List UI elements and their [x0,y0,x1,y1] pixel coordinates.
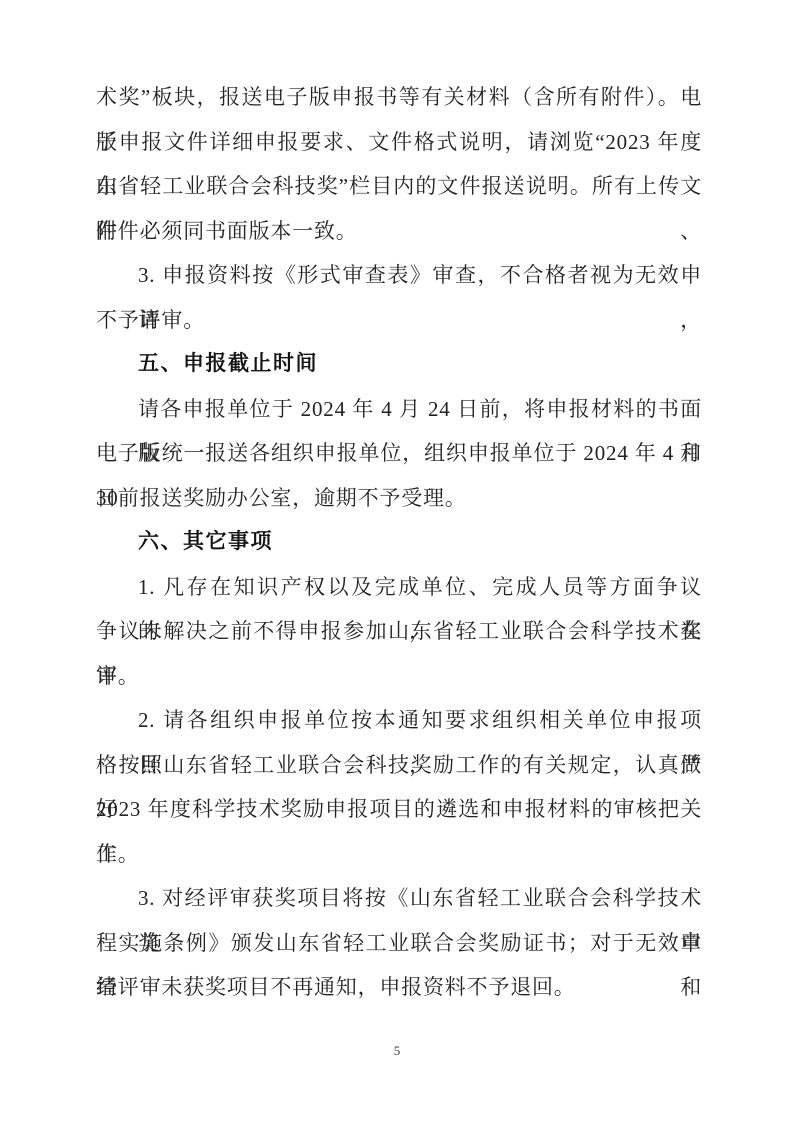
page-number: 5 [394,1043,401,1058]
document-body: 术奖”板块，报送电子版申报书等有关材料（含所有附件）。电子版申报文件详细申报要求… [96,75,702,1010]
text-line: 版申报文件详细申报要求、文件格式说明，请浏览“2023 年度山 [96,120,702,165]
text-line: 1. 凡存在知识产权以及完成单位、完成人员等方面争议的，在 [96,565,702,610]
text-line: 请各申报单位于 2024 年 4 月 24 日前，将申报材料的书面版和 [96,387,702,432]
text-line: 审。 [96,654,702,699]
section-heading: 六、其它事项 [96,520,702,565]
text-line: 2. 请各组织申报单位按本通知要求组织相关单位申报项目，严 [96,698,702,743]
text-line: 3. 对经评审获奖项目将按《山东省轻工业联合会科学技术奖章 [96,876,702,921]
text-line: 日前报送奖励办公室，逾期不予受理。 [96,476,702,521]
text-line: 术奖”板块，报送电子版申报书等有关材料（含所有附件）。电子 [96,75,702,120]
text-line: 2023 年度科学技术奖励申报项目的遴选和申报材料的审核把关工 [96,787,702,832]
text-line: 争议未解决之前不得申报参加山东省轻工业联合会科学技术奖评 [96,609,702,654]
text-line: 格按照山东省轻工业联合会科技奖励工作的有关规定，认真做好 [96,743,702,788]
text-line: 作。 [96,832,702,877]
text-line: 3. 申报资料按《形式审查表》审查，不合格者视为无效申请， [96,253,702,298]
section-heading: 五、申报截止时间 [96,342,702,387]
document-page: 术奖”板块，报送电子版申报书等有关材料（含所有附件）。电子版申报文件详细申报要求… [0,0,794,1123]
text-line: 电子版统一报送各组织申报单位，组织申报单位于 2024 年 4 月 30 [96,431,702,476]
text-line: 程实施条例》颁发山东省轻工业联合会奖励证书；对于无效申请和 [96,921,702,966]
text-line: 东省轻工业联合会科技奖”栏目内的文件报送说明。所有上传文件、 [96,164,702,209]
page-footer: 5 [0,1042,794,1060]
